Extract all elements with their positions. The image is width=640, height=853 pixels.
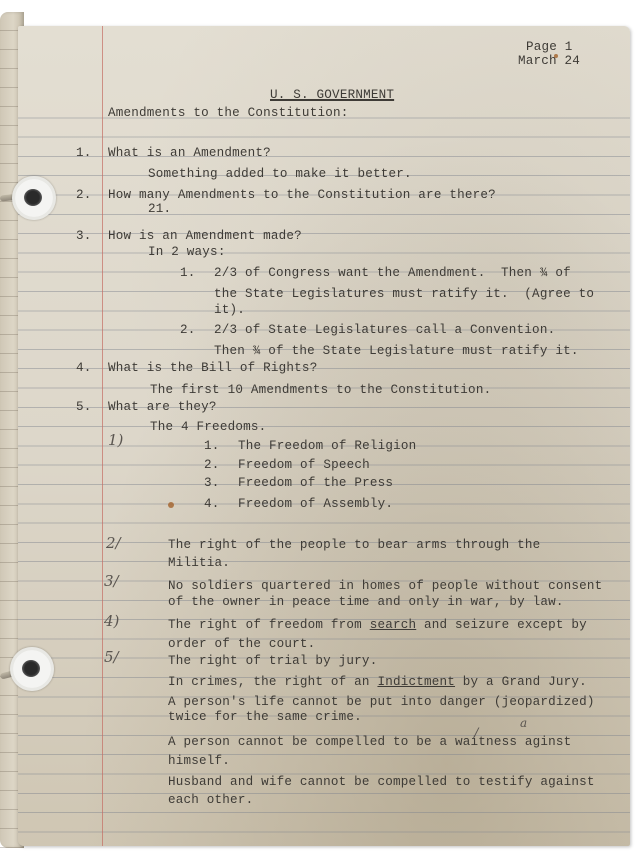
text-part: The right of freedom from bbox=[168, 618, 370, 632]
amendment-line: The right of freedom from search and sei… bbox=[168, 618, 587, 632]
question-number: 4. bbox=[76, 361, 92, 375]
handwritten-mark: 4) bbox=[104, 612, 119, 630]
underlined-word: search bbox=[370, 618, 417, 632]
question-text: What is an Amendment? bbox=[108, 146, 271, 160]
handwritten-mark: 5/ bbox=[104, 648, 119, 666]
page-subtitle: Amendments to the Constitution: bbox=[108, 106, 348, 120]
text-part: and seizure except by bbox=[416, 618, 587, 632]
notebook-page: Page 1 March 24 U. S. GOVERNMENT Amendme… bbox=[18, 26, 630, 846]
question-text: How many Amendments to the Constitution … bbox=[108, 188, 496, 202]
handwritten-correction: / bbox=[474, 726, 478, 741]
way-line: 2/3 of Congress want the Amendment. Then… bbox=[214, 266, 571, 280]
answer-text: The first 10 Amendments to the Constitut… bbox=[150, 383, 491, 397]
way-line: the State Legislatures must ratify it. (… bbox=[214, 287, 594, 301]
freedom-number: 4. bbox=[204, 497, 220, 511]
margin-line bbox=[102, 26, 103, 846]
question-number: 1. bbox=[76, 146, 92, 160]
text-part: In crimes, the right of an bbox=[168, 675, 377, 689]
freedom-text: Freedom of Assembly. bbox=[238, 497, 393, 511]
question-number: 2. bbox=[76, 188, 92, 202]
question-text: What is the Bill of Rights? bbox=[108, 361, 317, 375]
amendment-line: A person cannot be compelled to be a wai… bbox=[168, 735, 571, 749]
ruled-lines bbox=[18, 99, 630, 846]
question-number: 5. bbox=[76, 400, 92, 414]
binder-hole bbox=[12, 176, 56, 220]
amendment-line: himself. bbox=[168, 754, 230, 768]
way-number: 1. bbox=[180, 266, 196, 280]
amendment-line: No soldiers quartered in homes of people… bbox=[168, 579, 602, 593]
answer-text: The 4 Freedoms. bbox=[150, 420, 266, 434]
ink-spot bbox=[554, 54, 558, 58]
handwritten-correction: a bbox=[520, 716, 527, 730]
freedom-text: The Freedom of Religion bbox=[238, 439, 416, 453]
way-line: Then ¾ of the State Legislature must rat… bbox=[214, 344, 579, 358]
question-text: How is an Amendment made? bbox=[108, 229, 302, 243]
amendment-line: Husband and wife cannot be compelled to … bbox=[168, 775, 595, 789]
answer-text: Something added to make it better. bbox=[148, 167, 412, 181]
freedom-number: 3. bbox=[204, 476, 220, 490]
amendment-line: of the owner in peace time and only in w… bbox=[168, 595, 564, 609]
text-part: by a Grand Jury. bbox=[455, 675, 587, 689]
page-number: Page 1 bbox=[526, 40, 573, 54]
freedom-text: Freedom of the Press bbox=[238, 476, 393, 490]
freedom-number: 1. bbox=[204, 439, 220, 453]
page-title: U. S. GOVERNMENT bbox=[270, 88, 394, 102]
handwritten-mark: 1) bbox=[108, 431, 123, 449]
amendment-line: In crimes, the right of an Indictment by… bbox=[168, 675, 587, 689]
ink-spot bbox=[168, 502, 174, 508]
answer-text: 21. bbox=[148, 202, 171, 216]
way-line: 2/3 of State Legislatures call a Convent… bbox=[214, 323, 555, 337]
answer-text: In 2 ways: bbox=[148, 245, 226, 259]
binder-hole bbox=[10, 647, 54, 691]
question-number: 3. bbox=[76, 229, 92, 243]
way-number: 2. bbox=[180, 323, 196, 337]
amendment-line: twice for the same crime. bbox=[168, 710, 362, 724]
amendment-line: The right of the people to bear arms thr… bbox=[168, 538, 540, 552]
amendment-line: A person's life cannot be put into dange… bbox=[168, 695, 595, 709]
freedom-number: 2. bbox=[204, 458, 220, 472]
amendment-line: each other. bbox=[168, 793, 253, 807]
amendment-line: order of the court. bbox=[168, 637, 315, 651]
way-line: it). bbox=[214, 303, 245, 317]
freedom-text: Freedom of Speech bbox=[238, 458, 370, 472]
handwritten-mark: 3/ bbox=[104, 572, 119, 590]
amendment-line: The right of trial by jury. bbox=[168, 654, 377, 668]
question-text: What are they? bbox=[108, 400, 217, 414]
handwritten-mark: 2/ bbox=[106, 534, 121, 552]
page-date: March 24 bbox=[518, 54, 580, 68]
underlined-word: Indictment bbox=[377, 675, 455, 689]
amendment-line: Militia. bbox=[168, 556, 230, 570]
